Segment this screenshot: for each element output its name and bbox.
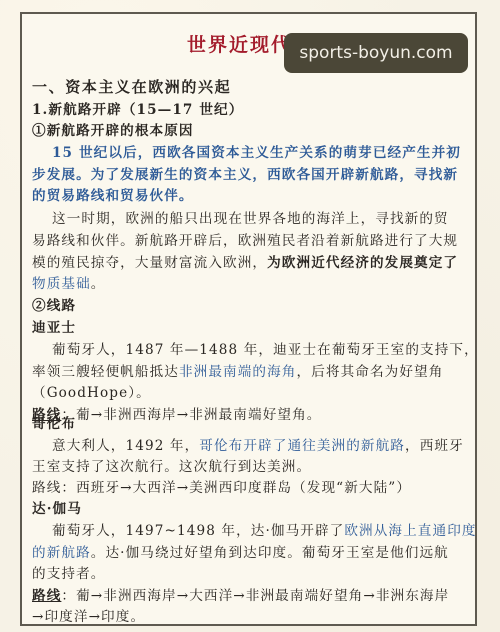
paragraph-line: （GoodHope）。 bbox=[32, 383, 151, 403]
highlight-segment: 欧洲从海上直通印度 bbox=[344, 523, 476, 539]
paragraph-line: 葡萄牙人，1497~1498 年，达·伽马开辟了欧洲从海上直通印度 bbox=[52, 521, 477, 541]
highlight-segment: 的新航路 bbox=[32, 545, 91, 561]
route-line: 路线：西班牙→大西洋→美洲西印度群岛（发现“新大陆”） bbox=[32, 478, 411, 498]
text-segment: 率领三艘轻便帆船抵达 bbox=[32, 364, 179, 380]
point1-heading: ①新航路开辟的根本原因 bbox=[32, 121, 194, 141]
paragraph-line: 意大利人，1492 年，哥伦布开辟了通往美洲的新航路，西班牙 bbox=[52, 436, 464, 456]
route-label: 路线 bbox=[32, 480, 61, 496]
text-segment: 模的殖民掠夺，大量财富流入欧洲， bbox=[32, 255, 267, 271]
paragraph-line: 易路线和伙伴。新航路开辟后，欧洲殖民者沿着新航路进行了大规 bbox=[32, 231, 458, 251]
text-segment: 。达·伽马绕过好望角到达印度。葡萄牙王室是他们远航 bbox=[91, 545, 449, 561]
paragraph-line: 王室支持了这次航行。这次航行到达美洲。 bbox=[32, 457, 311, 477]
bold-segment: 为欧洲近代经济的发展奠定了 bbox=[267, 255, 458, 271]
text-segment: 葡萄牙人，1497~1498 年，达·伽马开辟了 bbox=[52, 523, 344, 539]
paragraph-line: 模的殖民掠夺，大量财富流入欧洲，为欧洲近代经济的发展奠定了 bbox=[32, 253, 458, 273]
highlight-segment: 哥伦布开辟了通往美洲的新航路 bbox=[199, 438, 405, 454]
paragraph-line: 物质基础。 bbox=[32, 274, 105, 294]
paragraph-line: 这一时期，欧洲的船只出现在世界各地的海洋上，寻找新的贸 bbox=[52, 209, 449, 229]
text-segment: 意大利人，1492 年， bbox=[52, 438, 199, 454]
text-segment: ，后将其命名为好望角 bbox=[297, 364, 444, 380]
paragraph-line: 15 世纪以后，西欧各国资本主义生产关系的萌芽已经产生并初 bbox=[52, 143, 461, 163]
watermark-badge: sports-boyun.com bbox=[284, 33, 468, 73]
route-text: ：西班牙→大西洋→美洲西印度群岛（发现“新大陆”） bbox=[61, 480, 411, 496]
explorer-name: 达·伽马 bbox=[32, 499, 82, 519]
explorer-name: 迪亚士 bbox=[32, 318, 76, 338]
paragraph-line: 的贸易路线和贸易伙伴。 bbox=[32, 186, 194, 206]
route-label: 路线 bbox=[32, 588, 61, 604]
route-text: ：葡→非洲西海岸→大西洋→非洲最南端好望角→非洲东海岸 bbox=[61, 588, 449, 604]
route-line-continued: →印度洋→印度。 bbox=[32, 607, 145, 627]
subsection-heading: 1.新航路开辟（15—17 世纪） bbox=[32, 100, 243, 120]
paragraph-line: 葡萄牙人，1487 年—1488 年，迪亚士在葡萄牙王室的支持下， bbox=[52, 340, 479, 360]
point2-heading: ②线路 bbox=[32, 296, 76, 316]
route-text: ：葡→非洲西海岸→非洲最南端好望角。 bbox=[61, 407, 321, 423]
explorer-name: 哥伦布 bbox=[32, 414, 76, 434]
paragraph-line: 的支持者。 bbox=[32, 564, 105, 584]
text-segment: ，西班牙 bbox=[405, 438, 464, 454]
highlight-segment: 物质基础 bbox=[32, 276, 91, 292]
text-segment: 。 bbox=[91, 276, 106, 292]
section-heading: 一、资本主义在欧洲的兴起 bbox=[32, 77, 231, 97]
paragraph-line: 步发展。为了发展新生的资本主义，西欧各国开辟新航路，寻找新 bbox=[32, 165, 458, 185]
route-line: 路线：葡→非洲西海岸→大西洋→非洲最南端好望角→非洲东海岸 bbox=[32, 586, 449, 606]
paragraph-line: 的新航路。达·伽马绕过好望角到达印度。葡萄牙王室是他们远航 bbox=[32, 543, 449, 563]
paragraph-line: 率领三艘轻便帆船抵达非洲最南端的海角，后将其命名为好望角 bbox=[32, 362, 443, 382]
highlight-segment: 非洲最南端的海角 bbox=[179, 364, 297, 380]
